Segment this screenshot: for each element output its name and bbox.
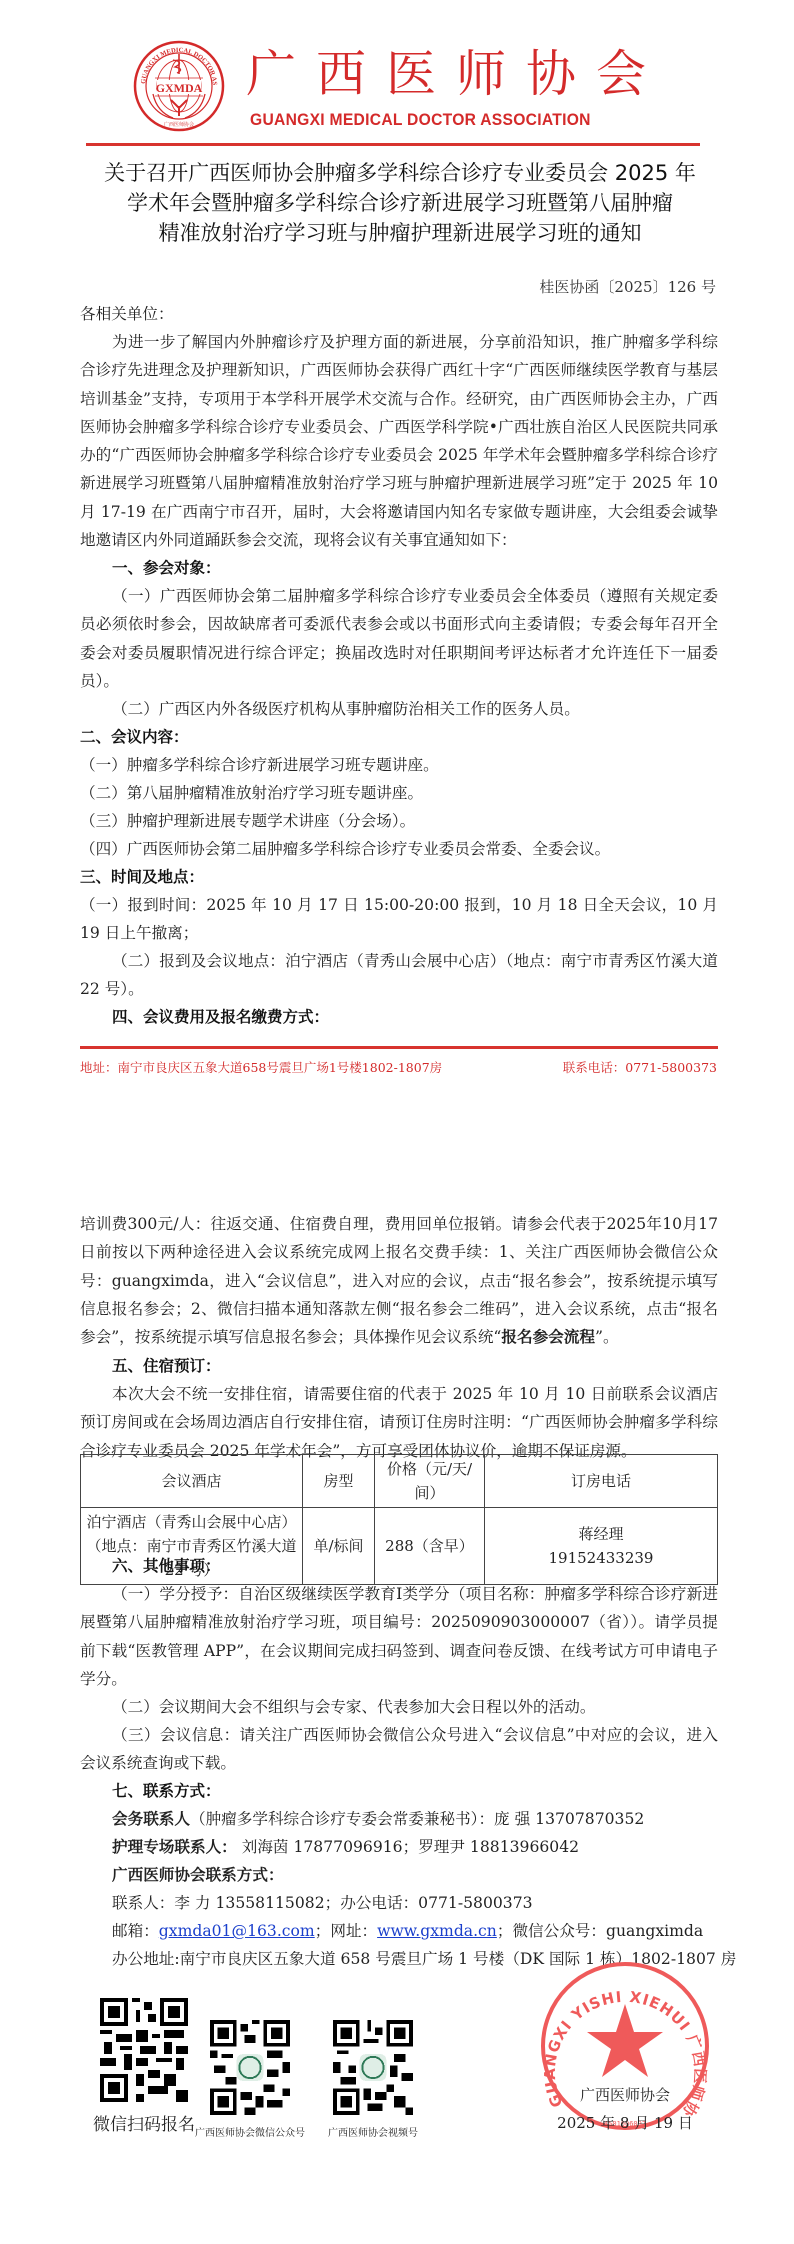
- qr-code-icon: [210, 2020, 290, 2115]
- table-header: 会议酒店: [81, 1455, 303, 1508]
- web-label: ；网址：: [315, 1922, 377, 1940]
- qr-code-icon: [333, 2020, 413, 2115]
- qr-code-icon: [100, 1998, 188, 2102]
- intro-paragraph: 为进一步了解国内外肿瘤诊疗及护理方面的新进展，分享前沿知识，推广肿瘤多学科综合诊…: [80, 328, 718, 554]
- signature-date: 2025 年 8 月 19 日: [555, 2113, 695, 2133]
- content-item: （四）广西医师协会第二届肿瘤多学科综合诊疗专业委员会常委、全委会议。: [80, 835, 718, 863]
- seal-star-icon: GUANGXI YISHI XIEHUI 广西医师协会 4501006097: [535, 1958, 715, 2138]
- header-divider: [86, 143, 700, 146]
- title-line: 关于召开广西医师协会肿瘤多学科综合诊疗专业委员会 2025 年: [80, 158, 720, 188]
- attendees-item: （一）广西医师协会第二届肿瘤多学科综合诊疗专业委员会全体委员（遵照有关规定委员必…: [80, 582, 718, 695]
- qr-caption: 微信扫码报名: [86, 2110, 202, 2135]
- email-link[interactable]: gxmda01@163.com: [159, 1922, 315, 1940]
- footer-divider: [80, 1046, 718, 1049]
- nursing-text: 刘海茵 17877096916；罗理尹 18813966042: [237, 1838, 579, 1856]
- svg-text:广西医师协会: 广西医师协会: [164, 121, 194, 128]
- video-account-qr[interactable]: [333, 2020, 413, 2115]
- content-item: （三）肿瘤护理新进展专题学术讲座（分会场）。: [80, 807, 718, 835]
- footer-phone: 联系电话：0771-5800373: [563, 1058, 717, 1076]
- wechat-official-account-qr[interactable]: [210, 2020, 290, 2115]
- fees-item-continued: 培训费300元/人：往返交通、住宿费自理，费用回单位报销。请参会代表于2025年…: [80, 1210, 718, 1351]
- qr-caption: 广西医师协会微信公众号: [190, 2124, 310, 2139]
- contact-name: 蒋经理: [489, 1522, 713, 1546]
- other-item: （三）会议信息：请关注广西医师协会微信公众号进入“会议信息”中对应的会议，进入会…: [80, 1721, 718, 1778]
- wechat-label: ；微信公众号：guangximda: [497, 1922, 703, 1940]
- document-number: 桂医协函〔2025〕126 号: [539, 277, 716, 297]
- attendees-item: （二）广西区内外各级医疗机构从事肿瘤防治相关工作的医务人员。: [80, 695, 718, 723]
- section-heading-other: 六、其他事项：: [80, 1552, 718, 1580]
- association-contact-heading: 广西医师协会联系方式：: [80, 1861, 718, 1889]
- salutation: 各相关单位：: [80, 300, 718, 328]
- svg-text:GXMDA: GXMDA: [156, 81, 203, 95]
- section-heading-time-place: 三、时间及地点：: [80, 863, 718, 891]
- accommodation-text: 本次大会不统一安排住宿，请需要住宿的代表于 2025 年 10 月 10 日前联…: [80, 1380, 718, 1465]
- notice-title: 关于召开广西医师协会肿瘤多学科综合诊疗专业委员会 2025 年 学术年会暨肿瘤多…: [80, 158, 720, 248]
- time-item: （一）报到时间：2025 年 10 月 17 日 15:00-20:00 报到，…: [80, 891, 718, 948]
- table-header: 价格（元/天/间）: [375, 1455, 485, 1508]
- content-item: （二）第八届肿瘤精准放射治疗学习班专题讲座。: [80, 779, 718, 807]
- logo-emblem-icon: GUANGXI MEDICAL DOCTOR ASSOCIATION GXMDA…: [133, 40, 225, 132]
- other-item: （一）学分授予：自治区级继续医学教育Ⅰ类学分（项目名称：肿瘤多学科综合诊疗新进展…: [80, 1580, 718, 1693]
- brand-name-english: GUANGXI MEDICAL DOCTOR ASSOCIATION: [250, 110, 591, 130]
- email-web-line: 邮箱：gxmda01@163.com；网址：www.gxmda.cn；微信公众号…: [80, 1917, 718, 1945]
- nursing-contact: 护理专场联系人： 刘海茵 17877096916；罗理尹 18813966042: [80, 1833, 718, 1861]
- website-link[interactable]: www.gxmda.cn: [377, 1922, 497, 1940]
- signature-organization: 广西医师协会: [555, 2085, 695, 2105]
- fees-text: 培训费300元/人：往返交通、住宿费自理，费用回单位报销。请参会代表于2025年…: [80, 1215, 718, 1346]
- affairs-label: 会务联系人: [112, 1810, 190, 1828]
- table-header: 订房电话: [485, 1455, 718, 1508]
- brand-name-chinese: 广西医师协会: [246, 44, 666, 104]
- nursing-label: 护理专场联系人：: [112, 1838, 237, 1856]
- place-item: （二）报到及会议地点：泊宁酒店（青秀山会展中心店）（地点：南宁市青秀区竹溪大道 …: [80, 947, 718, 1004]
- title-line: 精准放射治疗学习班与肿瘤护理新进展学习班的通知: [80, 218, 720, 248]
- registration-process-bold: 报名参会流程: [501, 1328, 595, 1346]
- association-contact-line: 联系人：李 力 13558115082；办公电话：0771-5800373: [80, 1889, 718, 1917]
- affairs-contact: 会务联系人（肿瘤多学科综合诊疗专委会常委兼秘书）：庞 强 13707870352: [80, 1805, 718, 1833]
- affairs-text: （肿瘤多学科综合诊疗专委会常委兼秘书）：庞 强 13707870352: [190, 1810, 644, 1828]
- email-label: 邮箱：: [112, 1922, 159, 1940]
- fees-text-end: ”。: [595, 1328, 619, 1346]
- official-seal: GUANGXI YISHI XIEHUI 广西医师协会 4501006097: [535, 1958, 715, 2138]
- section-heading-contact: 七、联系方式：: [80, 1777, 718, 1805]
- table-header: 房型: [303, 1455, 375, 1508]
- section-heading-fees: 四、会议费用及报名缴费方式：: [80, 1003, 718, 1031]
- qr-caption: 广西医师协会视频号: [313, 2124, 433, 2139]
- content-item: （一）肿瘤多学科综合诊疗新进展学习班专题讲座。: [80, 751, 718, 779]
- title-line: 学术年会暨肿瘤多学科综合诊疗新进展学习班暨第八届肿瘤: [80, 188, 720, 218]
- section-heading-accommodation: 五、住宿预订：: [80, 1352, 718, 1380]
- other-item: （二）会议期间大会不组织与会专家、代表参加大会日程以外的活动。: [80, 1693, 718, 1721]
- table-header-row: 会议酒店 房型 价格（元/天/间） 订房电话: [81, 1455, 718, 1508]
- registration-qr[interactable]: [100, 1998, 188, 2102]
- footer-address: 地址：南宁市良庆区五象大道658号震旦广场1号楼1802-1807房: [80, 1058, 442, 1076]
- section-heading-content: 二、会议内容：: [80, 723, 718, 751]
- association-logo: GUANGXI MEDICAL DOCTOR ASSOCIATION GXMDA…: [133, 40, 225, 132]
- section-heading-attendees: 一、参会对象：: [80, 554, 718, 582]
